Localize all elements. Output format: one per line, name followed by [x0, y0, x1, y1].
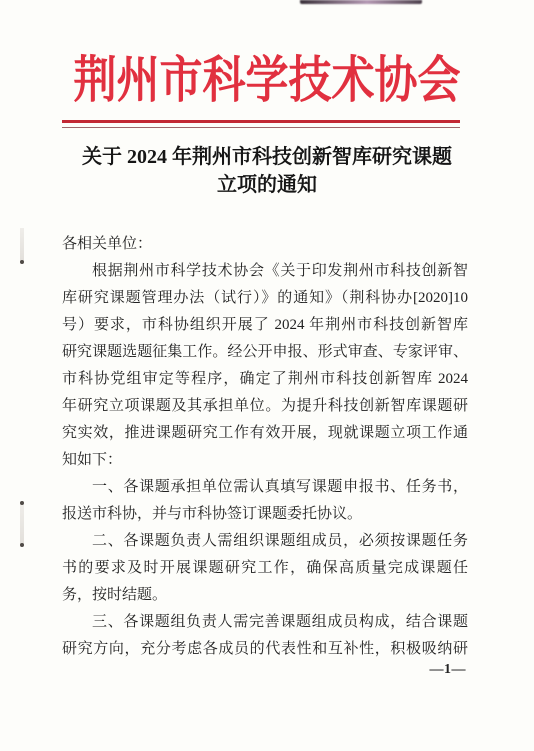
document-title: 关于 2024 年荆州市科技创新智库研究课题 立项的通知 [0, 143, 534, 199]
body-line: 各相关单位： [62, 231, 468, 258]
letterhead-rule-thick [62, 120, 460, 123]
scan-staple-artifact [20, 228, 24, 262]
body-line: 研究课题选题征集工作。经公开申报、形式审查、专家评审、 [62, 339, 468, 366]
body-line: 市科协党组审定等程序，确定了荆州市科技创新智库 2024 [62, 366, 468, 393]
body-line: 库研究课题管理办法（试行）》的通知》（荆科协办[2020]10 [62, 285, 468, 312]
body-line: 究实效，推进课题研究工作有效开展，现就课题立项工作通 [62, 420, 468, 447]
scanned-document-page: 荆州市科学技术协会 关于 2024 年荆州市科技创新智库研究课题 立项的通知 各… [0, 0, 534, 751]
document-title-line1: 关于 2024 年荆州市科技创新智库研究课题 [0, 143, 534, 171]
scan-dot-artifact [20, 501, 24, 505]
page-number: —1— [430, 662, 467, 678]
body-line: 三、各课题组负责人需完善课题组成员构成，结合课题 [62, 609, 468, 636]
document-body: 各相关单位：根据荆州市科学技术协会《关于印发荆州市科技创新智库研究课题管理办法（… [62, 231, 468, 663]
scan-dot-artifact [20, 543, 24, 547]
body-line: 一、各课题承担单位需认真填写课题申报书、任务书， [62, 474, 468, 501]
letterhead-rule-thin [62, 127, 460, 129]
body-line: 务，按时结题。 [62, 582, 468, 609]
body-line: 号）要求，市科协组织开展了 2024 年荆州市科技创新智库 [62, 312, 468, 339]
scan-smudge-artifact [300, 0, 422, 4]
body-line: 研究方向，充分考虑各成员的代表性和互补性，积极吸纳研 [62, 636, 468, 663]
letterhead-org-name: 荆州市科学技术协会 [37, 52, 496, 108]
scan-staple-artifact [20, 503, 24, 545]
body-line: 报送市科协，并与市科协签订课题委托协议。 [62, 501, 468, 528]
document-title-line2: 立项的通知 [0, 171, 534, 199]
body-line: 根据荆州市科学技术协会《关于印发荆州市科技创新智 [62, 258, 468, 285]
body-line: 知如下： [62, 447, 468, 474]
scan-dot-artifact [20, 260, 24, 264]
body-line: 二、各课题负责人需组织课题组成员，必须按课题任务 [62, 528, 468, 555]
body-line: 书的要求及时开展课题研究工作，确保高质量完成课题任 [62, 555, 468, 582]
body-line: 年研究立项课题及其承担单位。为提升科技创新智库课题研 [62, 393, 468, 420]
